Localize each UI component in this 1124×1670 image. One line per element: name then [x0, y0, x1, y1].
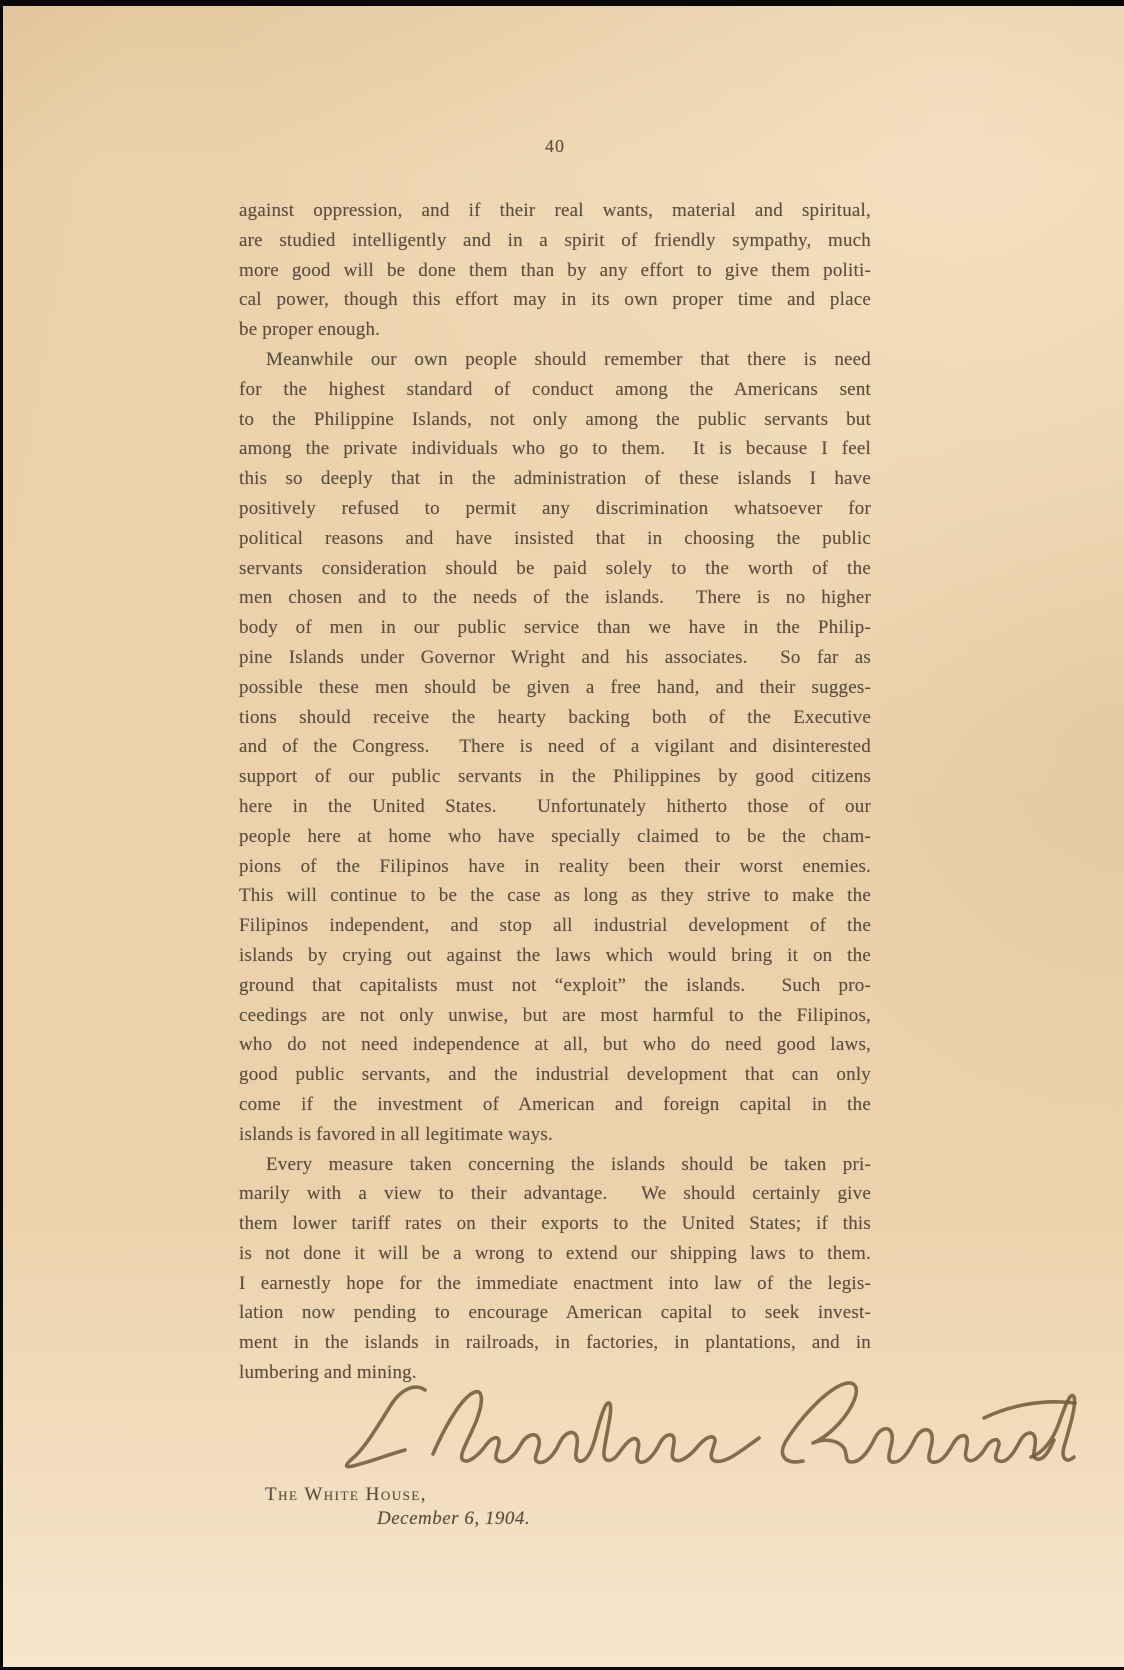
text-line: is not done it will be a wrong to extend…: [239, 1239, 871, 1269]
text-line: support of our public servants in the Ph…: [239, 762, 871, 792]
text-line: this so deeply that in the administratio…: [239, 464, 871, 494]
text-line: lation now pending to encourage American…: [239, 1298, 871, 1328]
text-line: servants consideration should be paid so…: [239, 554, 871, 584]
text-line: them lower tariff rates on their exports…: [239, 1209, 871, 1239]
signature: [329, 1378, 1077, 1480]
text-line: be proper enough.: [239, 315, 871, 345]
text-line: ment in the islands in railroads, in fac…: [239, 1328, 871, 1358]
paragraph: against oppression, and if their real wa…: [239, 196, 871, 345]
text-line: Filipinos independent, and stop all indu…: [239, 911, 871, 941]
text-line: to the Philippine Islands, not only amon…: [239, 405, 871, 435]
text-line: pions of the Filipinos have in reality b…: [239, 852, 871, 882]
text-line: This will continue to be the case as lon…: [239, 881, 871, 911]
text-line: body of men in our public service than w…: [239, 613, 871, 643]
text-line: who do not need independence at all, but…: [239, 1030, 871, 1060]
text-line: pine Islands under Governor Wright and h…: [239, 643, 871, 673]
text-line: among the private individuals who go to …: [239, 434, 871, 464]
closing-place: The White House,: [265, 1484, 427, 1506]
text-line: islands by crying out against the laws w…: [239, 941, 871, 971]
text-line: come if the investment of American and f…: [239, 1090, 871, 1120]
paragraph: Every measure taken concerning the islan…: [239, 1150, 871, 1388]
text-line: here in the United States. Unfortunately…: [239, 792, 871, 822]
text-line: for the highest standard of conduct amon…: [239, 375, 871, 405]
text-line: are studied intelligently and in a spiri…: [239, 226, 871, 256]
text-line: islands is favored in all legitimate way…: [239, 1120, 871, 1150]
text-line: positively refused to permit any discrim…: [239, 494, 871, 524]
text-line: good public servants, and the industrial…: [239, 1060, 871, 1090]
page-number: 40: [239, 136, 871, 157]
scanned-page: 40 against oppression, and if their real…: [0, 0, 1124, 1670]
text-line: Every measure taken concerning the islan…: [239, 1150, 871, 1180]
text-line: cal power, though this effort may in its…: [239, 285, 871, 315]
text-line: ground that capitalists must not “exploi…: [239, 971, 871, 1001]
text-line: Meanwhile our own people should remember…: [239, 345, 871, 375]
text-line: I earnestly hope for the immediate enact…: [239, 1269, 871, 1299]
text-line: more good will be done them than by any …: [239, 256, 871, 286]
text-line: tions should receive the hearty backing …: [239, 703, 871, 733]
closing-date: December 6, 1904.: [377, 1508, 530, 1530]
text-line: against oppression, and if their real wa…: [239, 196, 871, 226]
text-line: marily with a view to their advantage. W…: [239, 1179, 871, 1209]
body-text: against oppression, and if their real wa…: [239, 196, 871, 1388]
text-line: political reasons and have insisted that…: [239, 524, 871, 554]
paragraph: Meanwhile our own people should remember…: [239, 345, 871, 1150]
text-line: people here at home who have specially c…: [239, 822, 871, 852]
text-line: possible these men should be given a fre…: [239, 673, 871, 703]
text-line: men chosen and to the needs of the islan…: [239, 583, 871, 613]
paper: 40 against oppression, and if their real…: [3, 6, 1124, 1667]
text-line: ceedings are not only unwise, but are mo…: [239, 1001, 871, 1031]
text-line: and of the Congress. There is need of a …: [239, 732, 871, 762]
